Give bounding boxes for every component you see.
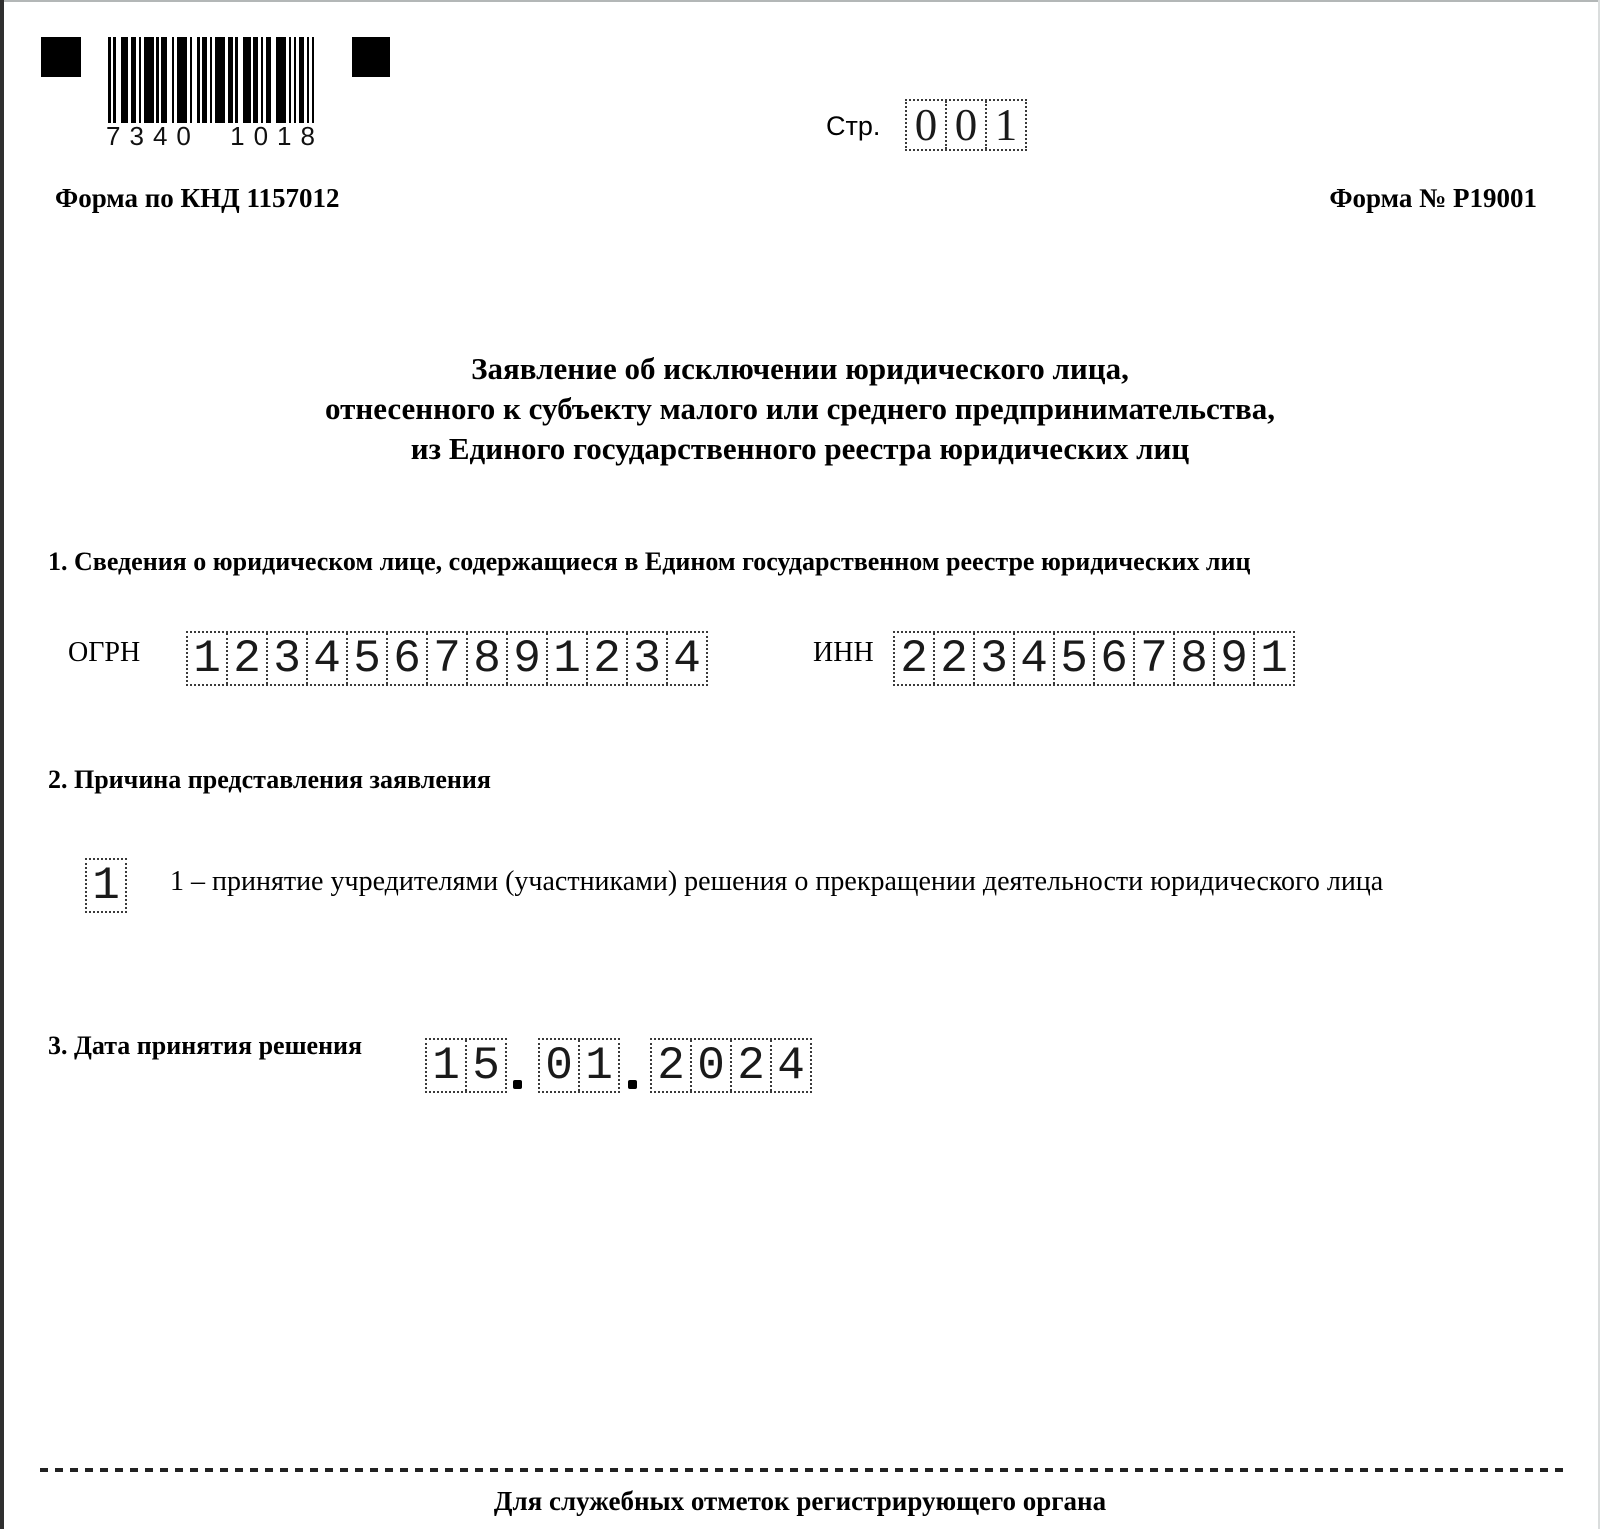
form-knd-label: Форма по КНД 1157012: [55, 183, 339, 214]
barcode-bar: [197, 37, 200, 123]
date-separator-dot: [628, 1080, 637, 1089]
barcode-bar: [215, 37, 225, 123]
digit-cell: 8: [468, 633, 508, 684]
registration-mark-square-right: [352, 37, 390, 77]
page-number-cells: 001: [905, 99, 1027, 151]
digit-cell: 5: [1055, 633, 1095, 684]
barcode-bar: [289, 37, 292, 123]
decision-date-year-field[interactable]: 2024: [650, 1038, 812, 1093]
barcode-bar: [144, 37, 154, 123]
section3-heading: 3. Дата принятия решения: [48, 1031, 362, 1061]
barcode-bar: [253, 37, 258, 123]
reason-description: 1 – принятие учредителями (участниками) …: [170, 866, 1383, 898]
digit-cell: 9: [508, 633, 548, 684]
barcode-bar: [276, 37, 286, 123]
digit-cell: 2: [228, 633, 268, 684]
inn-field[interactable]: 2234567891: [893, 631, 1295, 686]
digit-cell: 1: [580, 1040, 618, 1091]
section1-heading: 1. Сведения о юридическом лице, содержащ…: [48, 547, 1250, 577]
barcode-bar: [190, 37, 193, 123]
form-page: 7340 1018 Стр. 001 Форма по КНД 1157012 …: [0, 0, 1600, 1529]
form-title: Заявление об исключении юридического лиц…: [0, 349, 1600, 469]
digit-cell: 5: [467, 1040, 505, 1091]
page-number-label: Стр.: [826, 111, 880, 142]
digit-cell: 3: [975, 633, 1015, 684]
barcode-bar: [121, 37, 129, 123]
digit-cell: 9: [1215, 633, 1255, 684]
digit-cell: 7: [428, 633, 468, 684]
registration-mark-square-left: [41, 37, 81, 77]
digit-cell: 1: [188, 633, 228, 684]
barcode-bar: [266, 37, 271, 123]
digit-cell: 0: [907, 101, 947, 149]
barcode-bar: [108, 37, 111, 123]
digit-cell: 2: [652, 1040, 692, 1091]
barcode-bar: [228, 37, 233, 123]
barcode-bar: [161, 37, 166, 123]
reason-code-field[interactable]: 1: [85, 858, 127, 913]
decision-date-day-field[interactable]: 15: [425, 1038, 507, 1093]
digit-cell: 4: [308, 633, 348, 684]
barcode: [108, 37, 320, 123]
digit-cell: 1: [87, 860, 125, 911]
digit-cell: 4: [668, 633, 706, 684]
form-title-line-3: из Единого государственного реестра юрид…: [0, 429, 1600, 469]
barcode-bar: [299, 37, 304, 123]
digit-cell: 4: [1015, 633, 1055, 684]
digit-cell: 2: [935, 633, 975, 684]
digit-cell: 1: [427, 1040, 467, 1091]
barcode-bar: [312, 37, 315, 123]
barcode-bar: [172, 37, 175, 123]
decision-date-month-field[interactable]: 01: [538, 1038, 620, 1093]
inn-label: ИНН: [813, 637, 874, 669]
form-number-label: Форма № Р19001: [1329, 183, 1537, 214]
ogrn-label: ОГРН: [68, 637, 140, 669]
digit-cell: 6: [1095, 633, 1135, 684]
digit-cell: 1: [987, 101, 1025, 149]
section2-heading: 2. Причина представления заявления: [48, 765, 491, 795]
barcode-bar: [307, 37, 310, 123]
digit-cell: 8: [1175, 633, 1215, 684]
digit-cell: 1: [548, 633, 588, 684]
form-title-line-1: Заявление об исключении юридического лиц…: [0, 349, 1600, 389]
barcode-bar: [261, 37, 264, 123]
barcode-bar: [113, 37, 116, 123]
digit-cell: 0: [947, 101, 987, 149]
service-marks-note: Для служебных отметок регистрирующего ор…: [0, 1486, 1600, 1517]
barcode-bar: [177, 37, 187, 123]
barcode-bar: [210, 37, 213, 123]
digit-cell: 0: [540, 1040, 580, 1091]
barcode-bar: [131, 37, 136, 123]
digit-cell: 7: [1135, 633, 1175, 684]
window-edge-left: [0, 0, 4, 1529]
digit-cell: 0: [692, 1040, 732, 1091]
barcode-bar: [156, 37, 159, 123]
digit-cell: 6: [388, 633, 428, 684]
barcode-digits: 7340 1018: [98, 121, 332, 152]
date-separator-dot: [513, 1080, 522, 1089]
digit-cell: 2: [895, 633, 935, 684]
barcode-bar: [294, 37, 297, 123]
barcode-bar: [139, 37, 142, 123]
service-marks-separator: [40, 1468, 1566, 1472]
digit-cell: 2: [588, 633, 628, 684]
barcode-bar: [235, 37, 238, 123]
digit-cell: 3: [268, 633, 308, 684]
digit-cell: 1: [1255, 633, 1293, 684]
barcode-bar: [202, 37, 207, 123]
form-title-line-2: отнесенного к субъекту малого или средне…: [0, 389, 1600, 429]
digit-cell: 3: [628, 633, 668, 684]
digit-cell: 2: [732, 1040, 772, 1091]
ogrn-field[interactable]: 1234567891234: [186, 631, 708, 686]
barcode-bar: [243, 37, 251, 123]
digit-cell: 4: [772, 1040, 810, 1091]
digit-cell: 5: [348, 633, 388, 684]
window-edge-top: [0, 0, 1600, 2]
